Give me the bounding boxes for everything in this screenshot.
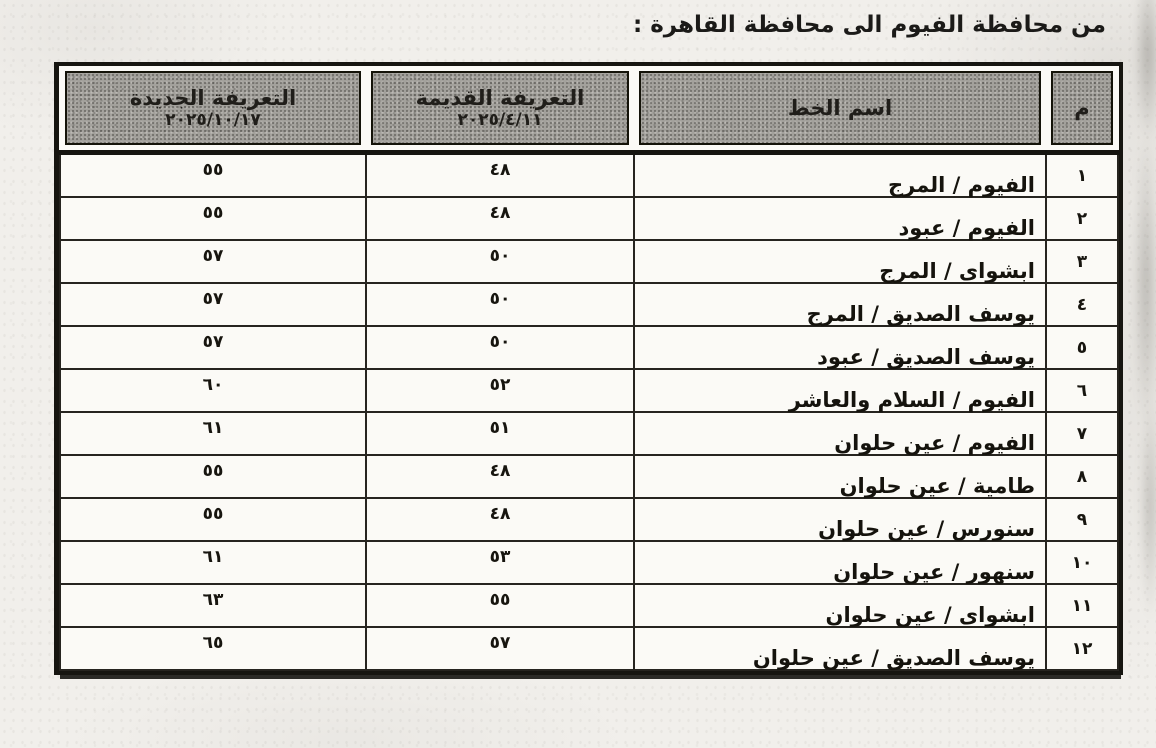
new-tariff-cell: ٥٥ — [60, 455, 366, 498]
line-name-cell: الفيوم / المرج — [634, 153, 1046, 198]
line-name-cell: يوسف الصديق / المرج — [634, 283, 1046, 326]
new-tariff-cell: ٥٧ — [60, 240, 366, 283]
row-index-cell: ١٢ — [1046, 627, 1118, 670]
line-name-cell: طامية / عين حلوان — [634, 455, 1046, 498]
line-name-cell: يوسف الصديق / عين حلوان — [634, 627, 1046, 670]
table-row: ٩ سنورس / عين حلوان ٤٨ ٥٥ — [60, 498, 1118, 541]
line-name-cell: الفيوم / السلام والعاشر — [634, 369, 1046, 412]
line-name-cell: ابشواى / عين حلوان — [634, 584, 1046, 627]
header-index-label: م — [1074, 96, 1089, 120]
new-tariff-cell: ٥٥ — [60, 153, 366, 198]
new-tariff-cell: ٥٥ — [60, 498, 366, 541]
table-row: ٢ الفيوم / عبود ٤٨ ٥٥ — [60, 197, 1118, 240]
table-row: ٥ يوسف الصديق / عبود ٥٠ ٥٧ — [60, 326, 1118, 369]
old-tariff-cell: ٥٧ — [366, 627, 634, 670]
table-row: ٣ ابشواى / المرج ٥٠ ٥٧ — [60, 240, 1118, 283]
scanned-page: من محافظة الفيوم الى محافظة القاهرة : م … — [0, 0, 1156, 748]
new-tariff-label: التعريفة الجديدة — [130, 86, 296, 110]
row-index-cell: ٨ — [1046, 455, 1118, 498]
header-line-name: اسم الخط — [634, 66, 1046, 153]
new-tariff-cell: ٥٧ — [60, 283, 366, 326]
row-index-cell: ٧ — [1046, 412, 1118, 455]
row-index-cell: ٤ — [1046, 283, 1118, 326]
table-row: ١١ ابشواى / عين حلوان ٥٥ ٦٣ — [60, 584, 1118, 627]
old-tariff-cell: ٥٠ — [366, 326, 634, 369]
table-row: ١٢ يوسف الصديق / عين حلوان ٥٧ ٦٥ — [60, 627, 1118, 670]
row-index-cell: ٢ — [1046, 197, 1118, 240]
old-tariff-label: التعريفة القديمة — [416, 86, 585, 110]
line-name-cell: يوسف الصديق / عبود — [634, 326, 1046, 369]
old-tariff-cell: ٥١ — [366, 412, 634, 455]
row-index-cell: ٣ — [1046, 240, 1118, 283]
row-index-cell: ٩ — [1046, 498, 1118, 541]
line-name-cell: ابشواى / المرج — [634, 240, 1046, 283]
new-tariff-cell: ٦١ — [60, 541, 366, 584]
header-line-name-label: اسم الخط — [788, 96, 892, 120]
old-tariff-cell: ٤٨ — [366, 197, 634, 240]
row-index-cell: ١ — [1046, 153, 1118, 198]
line-name-cell: الفيوم / عبود — [634, 197, 1046, 240]
old-tariff-cell: ٥٢ — [366, 369, 634, 412]
old-tariff-cell: ٥٥ — [366, 584, 634, 627]
row-index-cell: ١١ — [1046, 584, 1118, 627]
line-name-cell: الفيوم / عين حلوان — [634, 412, 1046, 455]
scan-smudge — [1124, 0, 1156, 638]
new-tariff-cell: ٦٥ — [60, 627, 366, 670]
table-row: ٦ الفيوم / السلام والعاشر ٥٢ ٦٠ — [60, 369, 1118, 412]
tariff-table: م اسم الخط التعريفة القديمة ٢٠٢٥/٤/١١ ال… — [54, 62, 1123, 675]
new-tariff-cell: ٥٥ — [60, 197, 366, 240]
header-new-tariff: التعريفة الجديدة ٢٠٢٥/١٠/١٧ — [60, 66, 366, 153]
new-tariff-cell: ٦٠ — [60, 369, 366, 412]
table-row: ١٠ سنهور / عين حلوان ٥٣ ٦١ — [60, 541, 1118, 584]
header-index: م — [1046, 66, 1118, 153]
new-tariff-cell: ٥٧ — [60, 326, 366, 369]
row-index-cell: ١٠ — [1046, 541, 1118, 584]
old-tariff-cell: ٥٣ — [366, 541, 634, 584]
table-row: ٧ الفيوم / عين حلوان ٥١ ٦١ — [60, 412, 1118, 455]
old-tariff-cell: ٤٨ — [366, 153, 634, 198]
tariff-table-grid: م اسم الخط التعريفة القديمة ٢٠٢٥/٤/١١ ال… — [59, 66, 1119, 671]
header-old-tariff: التعريفة القديمة ٢٠٢٥/٤/١١ — [366, 66, 634, 153]
old-tariff-cell: ٥٠ — [366, 283, 634, 326]
line-name-cell: سنورس / عين حلوان — [634, 498, 1046, 541]
row-index-cell: ٥ — [1046, 326, 1118, 369]
line-name-cell: سنهور / عين حلوان — [634, 541, 1046, 584]
new-tariff-date: ٢٠٢٥/١٠/١٧ — [165, 110, 260, 130]
page-title: من محافظة الفيوم الى محافظة القاهرة : — [633, 12, 1106, 38]
table-row: ١ الفيوم / المرج ٤٨ ٥٥ — [60, 153, 1118, 198]
old-tariff-cell: ٤٨ — [366, 498, 634, 541]
header-row: م اسم الخط التعريفة القديمة ٢٠٢٥/٤/١١ ال… — [60, 66, 1118, 153]
table-row: ٨ طامية / عين حلوان ٤٨ ٥٥ — [60, 455, 1118, 498]
new-tariff-cell: ٦٣ — [60, 584, 366, 627]
old-tariff-date: ٢٠٢٥/٤/١١ — [457, 110, 542, 130]
table-row: ٤ يوسف الصديق / المرج ٥٠ ٥٧ — [60, 283, 1118, 326]
new-tariff-cell: ٦١ — [60, 412, 366, 455]
old-tariff-cell: ٤٨ — [366, 455, 634, 498]
old-tariff-cell: ٥٠ — [366, 240, 634, 283]
row-index-cell: ٦ — [1046, 369, 1118, 412]
